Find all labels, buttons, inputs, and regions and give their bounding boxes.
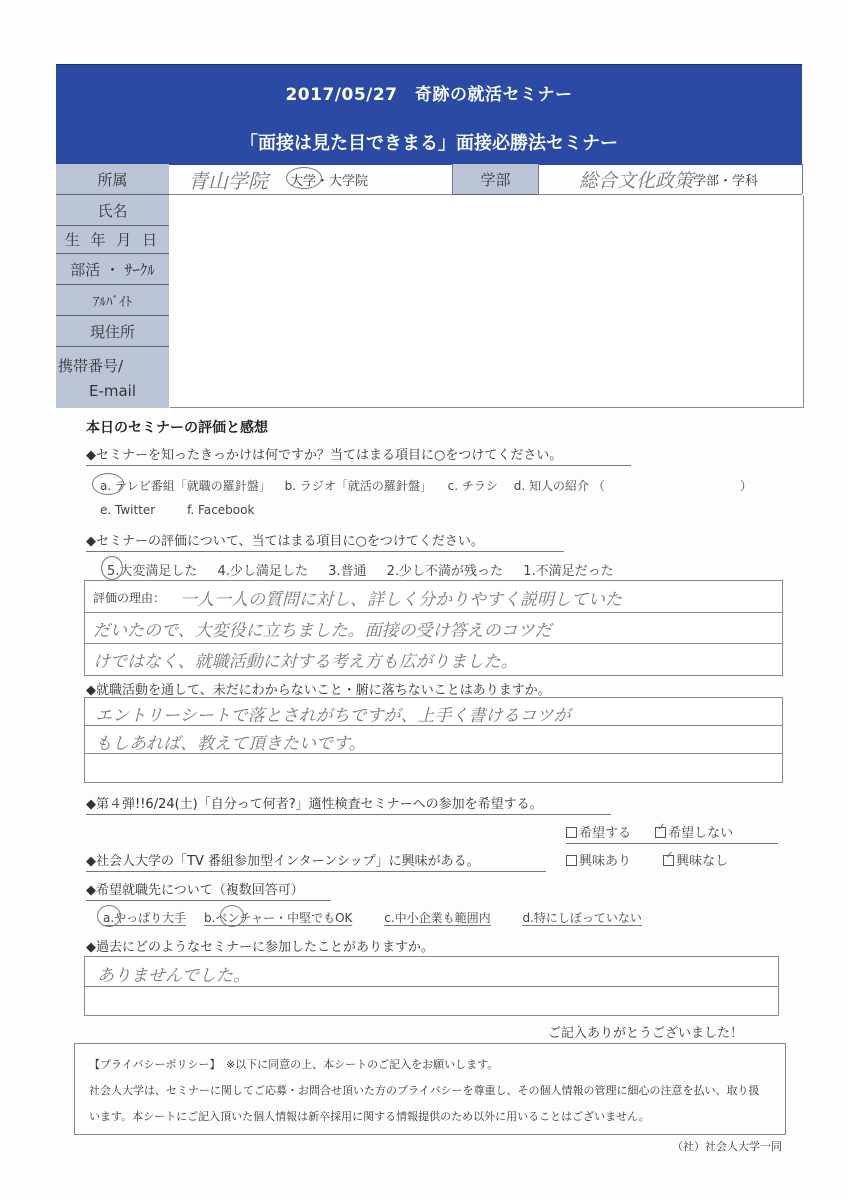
q6-option-c[interactable]: c.中小企業も範囲内 xyxy=(384,911,490,926)
q1-options-row2: e. Twitter f. Facebook xyxy=(100,503,254,517)
checkbox-checked-icon[interactable] xyxy=(663,855,674,866)
faculty-label: 学部 xyxy=(453,164,538,195)
q4-option-yes[interactable]: 希望する xyxy=(566,826,631,841)
divider xyxy=(170,407,803,408)
club-label: 部活 ・ ｻｰｸﾙ xyxy=(56,254,169,285)
affiliation-field[interactable]: 青山学院 大学・大学院 xyxy=(170,164,453,194)
reason-line-2: だいたので、大変役に立ちました。面接の受け答えのコツだ xyxy=(93,616,552,641)
affiliation-value: 青山学院 xyxy=(188,165,268,194)
q3-answer-line-1: エントリーシートで落とされがちですが、上手く書けるコツが xyxy=(95,701,571,726)
seminar-subtitle: 「面接は見た目できまる」面接必勝法セミナー xyxy=(56,129,802,155)
selection-circle xyxy=(92,473,124,495)
selection-circle xyxy=(220,905,244,927)
selection-circle xyxy=(101,556,123,580)
affiliation-row: 所属 青山学院 大学・大学院 学部 総合文化政策 学部・学科 xyxy=(56,164,802,195)
checkbox-checked-icon[interactable] xyxy=(655,827,666,838)
q2-option-2[interactable]: 2.少し不満が残った xyxy=(387,564,503,579)
survey-title: 本日のセミナーの評価と感想 xyxy=(86,417,268,437)
q3-answer-line-2: もしあれば、教えて頂きたいです。 xyxy=(95,729,366,754)
q1-options-row1: a. テレビ番組「就職の羅針盤」 b. ラジオ「就活の羅針盤」 c. チラシ d… xyxy=(100,477,760,494)
selection-circle xyxy=(97,905,121,927)
q3-question: ◆就職活動を通して、未だにわからないこと・腑に落ちないことはありますか。 xyxy=(86,679,551,698)
q1-option-f[interactable]: f. Facebook xyxy=(187,503,254,517)
q1-question: ◆セミナーを知ったきっかけは何ですか？当てはまる項目に○をつけてください。 xyxy=(86,444,631,466)
q2-reason-box[interactable]: 評価の理由： 一人一人の質問に対し、詳しく分かりやすく説明していた だいたので、… xyxy=(84,580,783,676)
q6-option-d[interactable]: d.特にしぼっていない xyxy=(522,911,641,926)
q2-option-1[interactable]: 1.不満足だった xyxy=(523,564,613,579)
q1-option-e[interactable]: e. Twitter xyxy=(100,503,155,517)
faculty-value: 総合文化政策 xyxy=(579,166,693,193)
q2-question: ◆セミナーの評価について、当てはまる項目に○をつけてください。 xyxy=(86,530,564,552)
q2-option-3[interactable]: 3.普通 xyxy=(328,564,366,579)
parttime-label: ｱﾙﾊﾞｲﾄ xyxy=(56,285,169,316)
affiliation-label: 所属 xyxy=(56,164,169,195)
q5-option-yes[interactable]: 興味あり xyxy=(566,854,631,869)
q5-option-no[interactable]: 興味なし xyxy=(663,854,728,869)
q7-question: ◆過去にどのようなセミナーに参加したことがありますか。 xyxy=(86,936,466,958)
q1-option-a[interactable]: a. テレビ番組「就職の羅針盤」 xyxy=(100,479,271,493)
checkbox-icon[interactable] xyxy=(566,855,577,866)
signature: （社）社会人大学一同 xyxy=(672,1138,782,1154)
affiliation-options: 大学・大学院 xyxy=(290,170,368,189)
q2-options: 5.大変満足した 4.少し満足した 3.普通 2.少し不満が残った 1.不満足だ… xyxy=(107,560,614,579)
q4-question: ◆第４弾!!6/24(土)「自分って何者?」適性検査セミナーへの参加を希望する。 xyxy=(86,793,611,815)
q1-option-d[interactable]: d. 知人の紹介 （ xyxy=(514,479,605,493)
selection-circle xyxy=(286,167,322,189)
q6-question: ◆希望就職先について（複数回答可） xyxy=(86,879,331,901)
q1-option-c[interactable]: c. チラシ xyxy=(448,479,498,493)
reason-line-1: 一人一人の質問に対し、詳しく分かりやすく説明していた xyxy=(180,585,622,610)
faculty-suffix: 学部・学科 xyxy=(693,170,758,189)
profile-labels: 氏名 生 年 月 日 部活 ・ ｻｰｸﾙ ｱﾙﾊﾞｲﾄ 現住所 携帯番号/ E-… xyxy=(56,195,169,408)
name-label: 氏名 xyxy=(56,195,169,226)
seminar-date-title: 2017/05/27 奇跡の就活セミナー xyxy=(56,80,802,105)
address-label: 現住所 xyxy=(56,316,169,347)
privacy-heading: 【プライバシーポリシー】 ※以下に同意の上、本シートのご記入をお願いします。 xyxy=(89,1056,498,1072)
contact-label: 携帯番号/ E-mail xyxy=(56,347,169,408)
q6-options: a.やっぱり大手 b.ベンチャー・中堅でもOK c.中小企業も範囲内 d.特にし… xyxy=(103,909,642,926)
privacy-line-3: います。本シートにご記入頂いた個人情報は新卒採用に関する情報提供のため以外に用い… xyxy=(89,1108,650,1124)
privacy-policy-box: 【プライバシーポリシー】 ※以下に同意の上、本シートのご記入をお願いします。 社… xyxy=(74,1043,786,1135)
q2-option-4[interactable]: 4.少し満足した xyxy=(218,564,308,579)
birthdate-label: 生 年 月 日 xyxy=(56,226,169,254)
q5-options: 興味あり 興味なし xyxy=(566,850,728,869)
thanks-message: ご記入ありがとうございました！ xyxy=(548,1022,776,1044)
reason-label: 評価の理由： xyxy=(93,589,165,606)
q7-answer-box[interactable]: ありませんでした。 xyxy=(84,956,779,1016)
q1-option-b[interactable]: b. ラジオ「就活の羅針盤」 xyxy=(285,479,432,493)
redacted-personal-info xyxy=(170,196,804,408)
q1-option-d-close: ） xyxy=(740,477,752,494)
reason-line-3: けではなく、就職活動に対する考え方も広がりました。 xyxy=(93,647,518,672)
form-header: 2017/05/27 奇跡の就活セミナー 「面接は見た目できまる」面接必勝法セミ… xyxy=(56,64,802,165)
faculty-field[interactable]: 総合文化政策 学部・学科 xyxy=(538,164,803,194)
privacy-line-2: 社会人大学は、セミナーに関してご応募・お問合せ頂いた方のプライバシーを尊重し、そ… xyxy=(89,1082,759,1098)
q3-answer-box[interactable]: エントリーシートで落とされがちですが、上手く書けるコツが もしあれば、教えて頂き… xyxy=(84,697,783,783)
q4-options: 希望する 希望しない xyxy=(566,822,778,844)
q7-answer-line-1: ありませんでした。 xyxy=(97,961,250,986)
q5-question: ◆社会人大学の「TV 番組参加型インターンシップ」に興味がある。 xyxy=(86,850,546,872)
checkbox-icon[interactable] xyxy=(566,827,577,838)
q4-option-no[interactable]: 希望しない xyxy=(655,826,733,841)
